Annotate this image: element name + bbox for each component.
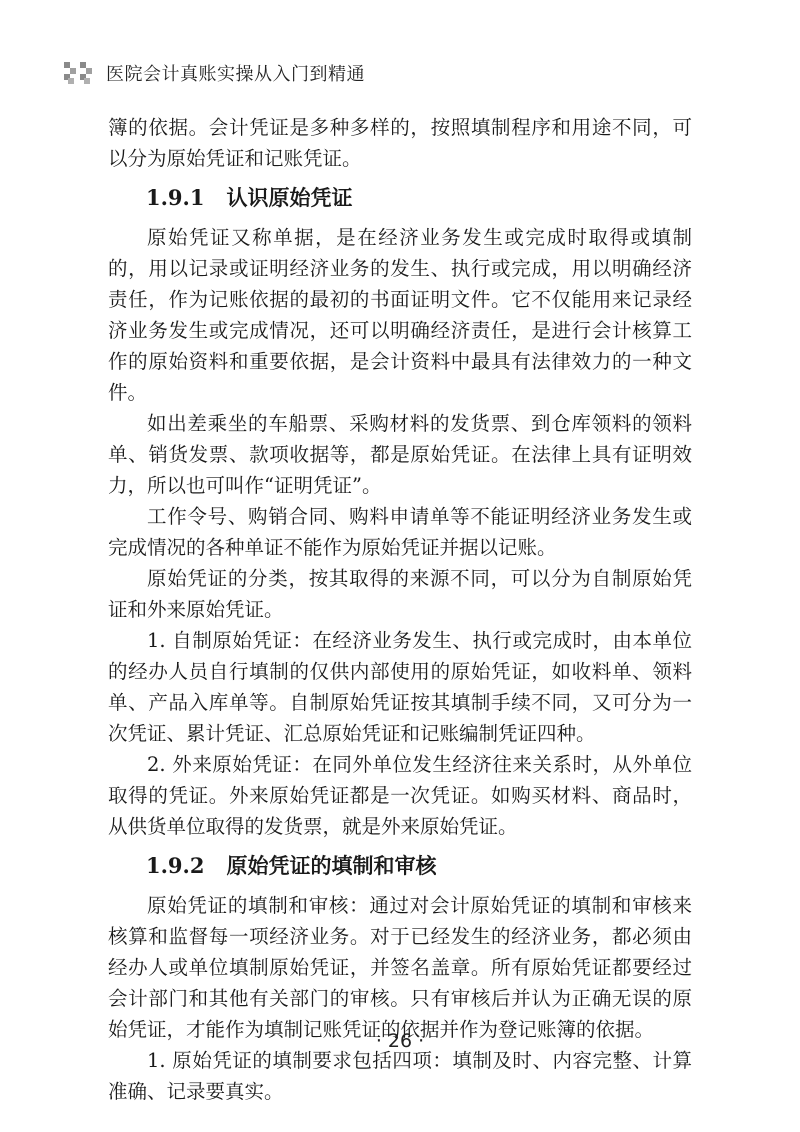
page-number: · 26 · — [0, 1030, 800, 1052]
book-title: 医院会计真账实操从入门到精通 — [106, 60, 365, 86]
double-chevron-right-icon — [64, 62, 98, 84]
section-number: 1.9.1 — [146, 185, 204, 210]
paragraph: 工作令号、购销合同、购料申请单等不能证明经济业务发生或完成情况的各种单证不能作为… — [108, 501, 692, 563]
paragraph: 原始凭证又称单据，是在经济业务发生或完成时取得或填制的，用以记录或证明经济业务的… — [108, 222, 692, 408]
running-header: 医院会计真账实操从入门到精通 — [64, 60, 365, 86]
section-number: 1.9.2 — [146, 853, 204, 878]
section-heading-1-9-1: 1.9.1认识原始凭证 — [146, 183, 692, 213]
paragraph: 原始凭证的分类，按其取得的来源不同，可以分为自制原始凭证和外来原始凭证。 — [108, 563, 692, 625]
list-item-paragraph: 2. 外来原始凭证：在同外单位发生经济往来关系时，从外单位取得的凭证。外来原始凭… — [108, 749, 692, 842]
list-item-paragraph: 1. 自制原始凭证：在经济业务发生、执行或完成时，由本单位的经办人员自行填制的仅… — [108, 625, 692, 749]
intro-paragraph: 簿的依据。会计凭证是多种多样的，按照填制程序和用途不同，可以分为原始凭证和记账凭… — [108, 112, 692, 174]
section-heading-1-9-2: 1.9.2原始凭证的填制和审核 — [146, 851, 692, 881]
section-title: 认识原始凭证 — [226, 185, 352, 210]
page-content: 簿的依据。会计凭证是多种多样的，按照填制程序和用途不同，可以分为原始凭证和记账凭… — [108, 112, 692, 1107]
list-item-paragraph: 1. 原始凭证的填制要求包括四项：填制及时、内容完整、计算准确、记录要真实。 — [108, 1045, 692, 1107]
section-title: 原始凭证的填制和审核 — [226, 853, 436, 878]
paragraph: 原始凭证的填制和审核：通过对会计原始凭证的填制和审核来核算和监督每一项经济业务。… — [108, 890, 692, 1045]
paragraph: 如出差乘坐的车船票、采购材料的发货票、到仓库领料的领料单、销货发票、款项收据等，… — [108, 408, 692, 501]
